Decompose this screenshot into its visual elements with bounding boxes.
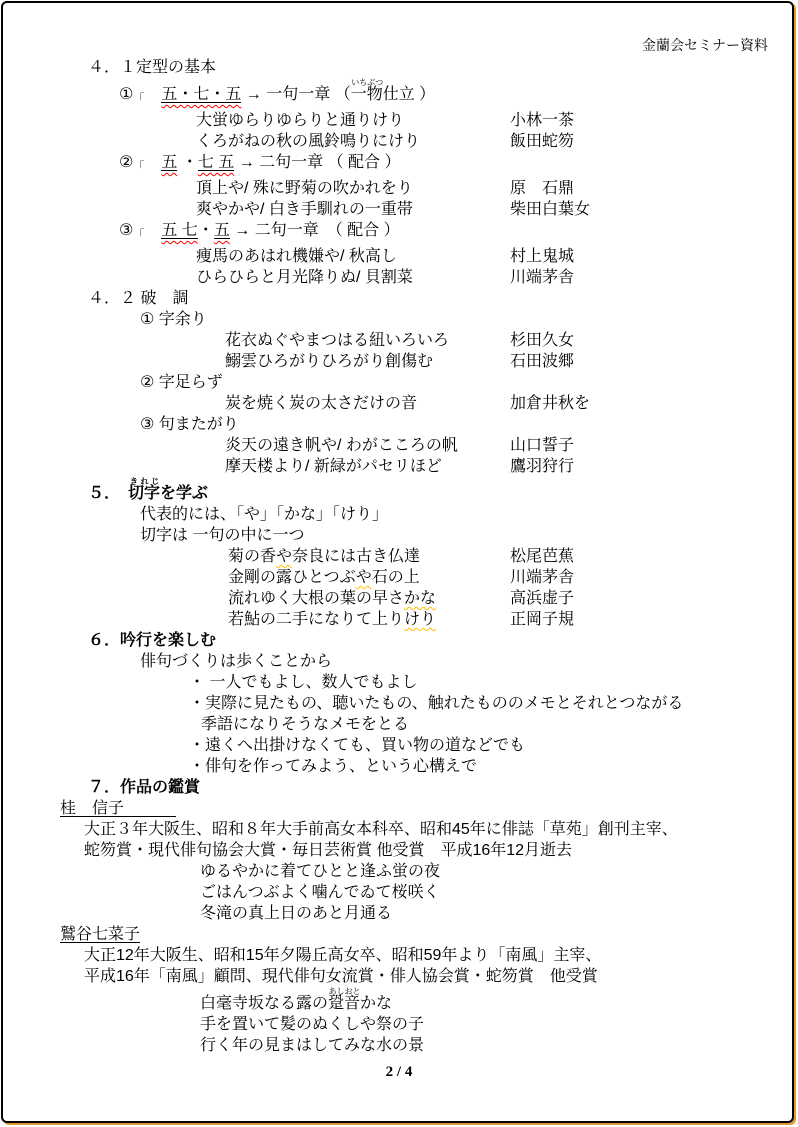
text-run: 炭を焼く炭の太さだけの音 xyxy=(225,395,417,412)
text-run: ・ xyxy=(198,222,214,239)
haiku-row: 摩天楼より/ 新緑がパセリほど鷹羽狩行 xyxy=(0,456,798,477)
haiku-author: 山口誓子 xyxy=(510,435,574,456)
text-run: 仕立 ） xyxy=(383,86,435,103)
bullet-line: ・ 一人でもよし、数人でもよし xyxy=(0,672,798,693)
haiku-author: 村上鬼城 xyxy=(510,246,574,267)
bracket-mark: 「 xyxy=(133,93,144,105)
bracket-mark: 「 xyxy=(133,229,144,241)
haiku-author: 加倉井秋を xyxy=(510,393,590,414)
haiku-row: 花衣ぬぐやまつはる紐いろいろ杉田久女 xyxy=(0,330,798,351)
text-run: 白毫寺坂なる露の xyxy=(200,995,328,1012)
haiku-author: 小林一茶 xyxy=(510,110,574,131)
haiku-author: 川端茅舎 xyxy=(510,267,574,288)
explanation-line: 代表的には、「や」「かな」「けり」 xyxy=(0,504,798,525)
marked-text: 五 xyxy=(161,154,177,171)
circled-number-marker: ③ xyxy=(119,222,133,239)
text-run: ・ xyxy=(177,154,197,171)
text-run: ゆるやかに着てひとと逢ふ蛍の夜 xyxy=(200,863,440,880)
haiku-text: 冬滝の真上日のあと月通る xyxy=(200,905,392,922)
haiku-author: 鷹羽狩行 xyxy=(510,456,574,477)
section-title-4-2: ４．２ 破 調 xyxy=(0,288,798,309)
haiku-text: 大蛍ゆらりゆらりと通りけり xyxy=(196,112,404,129)
haiku-text: ごはんつぶよく噛んでゐて桜咲く xyxy=(200,884,440,901)
section-title-7: ７．作品の鑑賞 xyxy=(0,777,798,798)
poet-name: 桂 信子 xyxy=(60,800,176,817)
haiku-text: 頂上や/ 殊に野菊の吹かれをり xyxy=(196,180,413,197)
haiku-row: 菊の香や奈良には古き仏達松尾芭蕉 xyxy=(0,546,798,567)
haiku-author: 石田波郷 xyxy=(510,351,574,372)
haiku-text: 爽やかや/ 白き手馴れの一重帯 xyxy=(196,201,413,218)
marked-text: や xyxy=(356,569,372,586)
pattern-line: ②「五 ・七 五 → 二句一章 （ 配合 ） xyxy=(0,152,798,178)
haiku-text: 金剛の露ひとつぶや石の上 xyxy=(228,569,420,586)
page-number: 2 / 4 xyxy=(0,1064,798,1081)
haiku-text: 行く年の見まはしてみな水の景 xyxy=(200,1037,424,1054)
text-run: 流れゆく大根の葉の早さ xyxy=(228,590,404,607)
subheading-line: ③ 句またがり xyxy=(0,414,798,435)
marked-text: や xyxy=(276,548,292,565)
subheading-line: ② 字足らず xyxy=(0,372,798,393)
text-run: 摩天楼より/ 新緑がパセリほど xyxy=(225,458,442,475)
haiku-author: 高浜虚子 xyxy=(510,588,574,609)
haiku-author: 正岡子規 xyxy=(510,609,574,630)
haiku-text: 炭を焼く炭の太さだけの音 xyxy=(225,395,417,412)
haiku-text: 手を置いて髪のぬくしや祭の子 xyxy=(200,1016,424,1033)
poet-bio-line: 大正12年大阪生、昭和15年夕陽丘高女卒、昭和59年より「南風」主宰、 xyxy=(0,945,798,966)
text-run: 炎天の遠き帆や/ わがこころの帆 xyxy=(225,437,458,454)
text-run: 頂上や/ 殊に野菊の吹かれをり xyxy=(196,180,413,197)
furigana-text: 切字きれじ xyxy=(128,485,160,502)
circled-number-marker: ① xyxy=(119,86,133,103)
text-run: 菊の香 xyxy=(228,548,276,565)
haiku-row: 行く年の見まはしてみな水の景 xyxy=(0,1035,798,1056)
haiku-row: 頂上や/ 殊に野菊の吹かれをり原 石鼎 xyxy=(0,178,798,199)
text-run: ごはんつぶよく噛んでゐて桜咲く xyxy=(200,884,440,901)
haiku-row: 若鮎の二手になりて上りけり正岡子規 xyxy=(0,609,798,630)
haiku-text: 摩天楼より/ 新緑がパセリほど xyxy=(225,458,442,475)
section-title-4-1: ４．１定型の基本 xyxy=(0,57,798,78)
haiku-row: 流れゆく大根の葉の早さかな高浜虚子 xyxy=(0,588,798,609)
section-title-5: ５． 切字きれじを学ぶ xyxy=(0,477,798,504)
haiku-row: 爽やかや/ 白き手馴れの一重帯柴田白葉女 xyxy=(0,199,798,220)
explanation-line: 切字は 一句の中に一つ xyxy=(0,525,798,546)
text-run: 石の上 xyxy=(372,569,420,586)
haiku-author: 柴田白葉女 xyxy=(510,199,590,220)
circled-number-marker: ② xyxy=(119,154,133,171)
text-run: 金剛の露ひとつぶ xyxy=(228,569,356,586)
text-run: 冬滝の真上日のあと月通る xyxy=(200,905,392,922)
haiku-author: 原 石鼎 xyxy=(510,178,574,199)
document-body: ４．１定型の基本①「五・七・五 → 一句一章 （一物いちぶつ仕立 ）大蛍ゆらりゆ… xyxy=(0,57,798,1056)
marked-text: かな xyxy=(404,590,436,607)
haiku-author: 飯田蛇笏 xyxy=(510,131,574,152)
text-run: 大蛍ゆらりゆらりと通りけり xyxy=(196,112,404,129)
haiku-row: 炭を焼く炭の太さだけの音加倉井秋を xyxy=(0,393,798,414)
haiku-row: 痩馬のあはれ機嫌や/ 秋高し村上鬼城 xyxy=(0,246,798,267)
bullet-line: ・実際に見たもの、聴いたもの、触れたもののメモとそれとつながる xyxy=(0,693,798,714)
haiku-text: 鰯雲ひろがりひろがり創傷む xyxy=(225,353,433,370)
haiku-row: ひらひらと月光降りぬ/ 貝割菜川端茅舎 xyxy=(0,267,798,288)
subheading-line: ① 字余り xyxy=(0,309,798,330)
mora-formula: 五 ・七 五 → 二句一章 （ 配合 ） xyxy=(161,154,400,171)
haiku-row: くろがねの秋の風鈴鳴りにけり飯田蛇笏 xyxy=(0,131,798,152)
text-run: 花衣ぬぐやまつはる紐いろいろ xyxy=(225,332,449,349)
text-run: 爽やかや/ 白き手馴れの一重帯 xyxy=(196,201,413,218)
bullet-line: ・遠くへ出掛けなくても、買い物の道などでも xyxy=(0,735,798,756)
haiku-row: 大蛍ゆらりゆらりと通りけり小林一茶 xyxy=(0,110,798,131)
poet-name-heading: 鷲谷七菜子 xyxy=(0,924,798,945)
haiku-text: 流れゆく大根の葉の早さかな xyxy=(228,590,436,607)
haiku-row: 手を置いて髪のぬくしや祭の子 xyxy=(0,1014,798,1035)
text-run: 行く年の見まはしてみな水の景 xyxy=(200,1037,424,1054)
text-run: くろがねの秋の風鈴鳴りにけり xyxy=(196,133,420,150)
poet-name-heading: 桂 信子 xyxy=(0,798,798,819)
haiku-row: ゆるやかに着てひとと逢ふ蛍の夜 xyxy=(0,861,798,882)
haiku-text: ゆるやかに着てひとと逢ふ蛍の夜 xyxy=(200,863,440,880)
mora-formula: 五・七・五 → 一句一章 （一物いちぶつ仕立 ） xyxy=(161,86,435,103)
pattern-line: ③「五 七・五 → 二句一章 （ 配合 ） xyxy=(0,220,798,246)
poet-bio-line: 平成16年「南風」顧問、現代俳句女流賞・俳人協会賞・蛇笏賞 他受賞 xyxy=(0,966,798,987)
text-run: 若鮎の二手になりて上り xyxy=(228,611,404,628)
mora-formula: 五 七・五 → 二句一章 （ 配合 ） xyxy=(161,222,399,239)
document-page: 金蘭会セミナー資料 ４．１定型の基本①「五・七・五 → 一句一章 （一物いちぶつ… xyxy=(0,0,798,1127)
text-run: ５． xyxy=(88,485,128,502)
marked-text: 五 xyxy=(214,222,230,239)
poet-bio-line: 蛇笏賞・現代俳句協会大賞・毎日芸術賞 他受賞 平成16年12月逝去 xyxy=(0,840,798,861)
haiku-row: 鰯雲ひろがりひろがり創傷む石田波郷 xyxy=(0,351,798,372)
haiku-text: 白毫寺坂なる露の跫音あしおとかな xyxy=(200,995,392,1012)
haiku-author: 杉田久女 xyxy=(510,330,574,351)
text-run: → 二句一章 （ 配合 ） xyxy=(234,154,400,171)
haiku-text: くろがねの秋の風鈴鳴りにけり xyxy=(196,133,420,150)
haiku-text: ひらひらと月光降りぬ/ 貝割菜 xyxy=(196,269,413,286)
text-run: → 二句一章 （ 配合 ） xyxy=(230,222,400,239)
haiku-text: 花衣ぬぐやまつはる紐いろいろ xyxy=(225,332,449,349)
text-run: かな xyxy=(360,995,392,1012)
intro-line: 俳句づくりは歩くことから xyxy=(0,651,798,672)
marked-text: 七 五 xyxy=(198,154,234,171)
haiku-text: 痩馬のあはれ機嫌や/ 秋高し xyxy=(196,248,397,265)
haiku-text: 菊の香や奈良には古き仏達 xyxy=(228,548,420,565)
bracket-mark: 「 xyxy=(133,161,144,173)
bullet-line: ・俳句を作ってみよう、という心構えで xyxy=(0,756,798,777)
haiku-row: 炎天の遠き帆や/ わがこころの帆山口誓子 xyxy=(0,435,798,456)
haiku-row: 金剛の露ひとつぶや石の上川端茅舎 xyxy=(0,567,798,588)
text-run: ひらひらと月光降りぬ/ 貝割菜 xyxy=(196,269,413,286)
marked-text: 五 七 xyxy=(161,222,197,239)
marked-text: 五・七・五 xyxy=(161,86,241,103)
text-run: 奈良には古き仏達 xyxy=(292,548,420,565)
text-run: → 一句一章 （ xyxy=(241,86,350,103)
text-run: 手を置いて髪のぬくしや祭の子 xyxy=(200,1016,424,1033)
text-run: 鰯雲ひろがりひろがり創傷む xyxy=(225,353,433,370)
text-run: を学ぶ xyxy=(160,485,208,502)
haiku-author: 松尾芭蕉 xyxy=(510,546,574,567)
bullet-line: 季語になりそうなメモをとる xyxy=(0,714,798,735)
haiku-text: 炎天の遠き帆や/ わがこころの帆 xyxy=(225,437,458,454)
haiku-row: ごはんつぶよく噛んでゐて桜咲く xyxy=(0,882,798,903)
poet-bio-line: 大正３年大阪生、昭和８年大手前高女本科卒、昭和45年に俳誌「草苑」創刊主宰、 xyxy=(0,819,798,840)
pattern-line: ①「五・七・五 → 一句一章 （一物いちぶつ仕立 ） xyxy=(0,78,798,110)
haiku-author: 川端茅舎 xyxy=(510,567,574,588)
section-title-6: ６．吟行を楽しむ xyxy=(0,630,798,651)
marked-text: けり xyxy=(404,611,436,628)
haiku-row: 冬滝の真上日のあと月通る xyxy=(0,903,798,924)
poet-name: 鷲谷七菜子 xyxy=(60,926,140,943)
haiku-text: 若鮎の二手になりて上りけり xyxy=(228,611,436,628)
text-run: 痩馬のあはれ機嫌や/ 秋高し xyxy=(196,248,397,265)
header-note: 金蘭会セミナー資料 xyxy=(642,37,768,53)
haiku-row: 白毫寺坂なる露の跫音あしおとかな xyxy=(0,987,798,1014)
furigana-text: 跫音あしおと xyxy=(328,995,360,1012)
furigana-text: 一物いちぶつ xyxy=(351,86,383,103)
